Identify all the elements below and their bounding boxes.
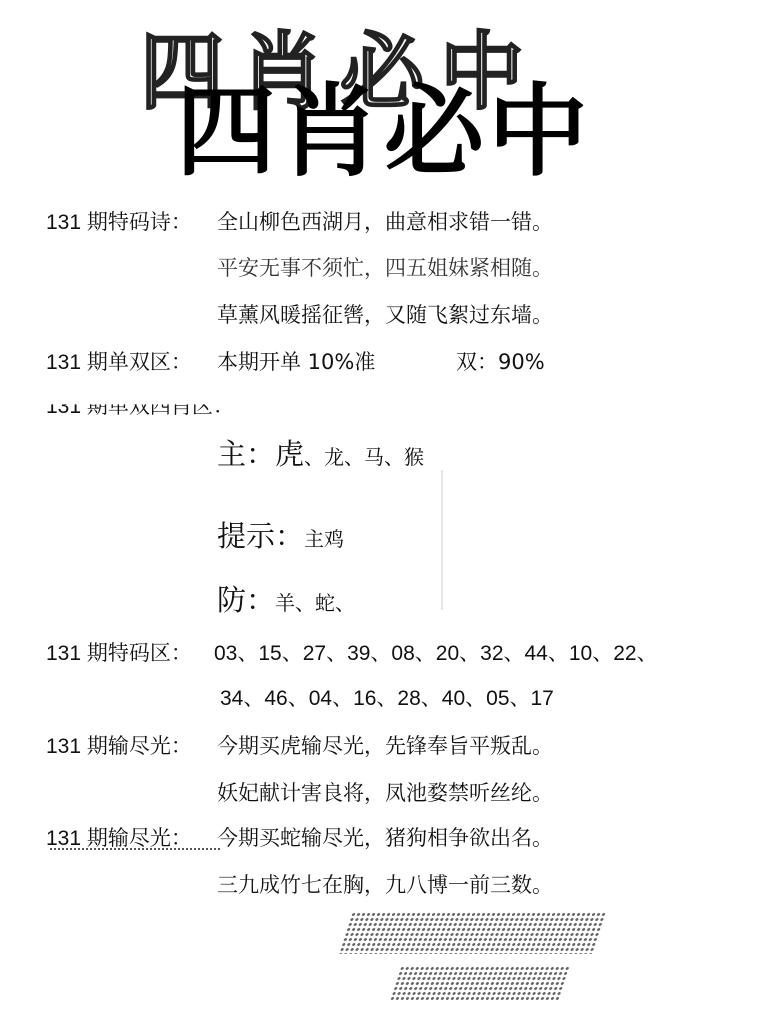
page-title: 四肖必中 四肖必中	[140, 30, 590, 180]
zodiac-hint-value: 主鸡	[304, 527, 344, 551]
title-main-text: 四肖必中	[176, 82, 592, 182]
lose-all-1-line-1: 今期买虎输尽光，先锋奉旨平叛乱。	[217, 736, 553, 757]
odd-even-label: 131 期单双区：	[46, 352, 192, 373]
poem-line-2: 平安无事不须忙，四五姐妹紧相随。	[217, 258, 553, 279]
dotted-underline	[50, 848, 220, 850]
poem-line-3: 草薰风暖摇征辔，又随飞絮过东墙。	[217, 305, 553, 326]
watermark-line-1	[338, 912, 607, 954]
special-numbers-line-1: 03、15、27、39、08、20、32、44、10、22、	[214, 643, 658, 664]
lose-all-1-line-2: 妖妃献计害良将，凤池婺禁听丝纶。	[217, 783, 553, 804]
zodiac-main-rest: 、龙、马、猴	[304, 445, 424, 469]
scan-artifact	[441, 470, 443, 610]
lose-all-2-label: 131 期输尽光：	[46, 828, 192, 849]
watermark-line-2	[389, 966, 570, 1000]
odd-even-text: 本期开单 10%准	[217, 352, 375, 373]
zodiac-hint-label: 提示：	[217, 519, 304, 553]
lose-all-1-label: 131 期输尽光：	[46, 736, 192, 757]
zodiac-main-label: 主：	[217, 437, 275, 471]
poem-line-1: 全山柳色西湖月，曲意相求错一错。	[217, 212, 553, 233]
odd-even-even-value: 双：90%	[456, 352, 545, 373]
special-numbers-label: 131 期特码区：	[46, 643, 192, 664]
zodiac-guard-label: 防：	[217, 583, 275, 617]
lose-all-2-line-2: 三九成竹七在胸，九八博一前三数。	[217, 875, 553, 896]
zodiac-guard: 防：羊、蛇、	[217, 586, 355, 615]
zodiac-main: 主：虎、龙、马、猴	[217, 440, 424, 469]
special-numbers-line-2: 34、46、04、16、28、40、05、17	[220, 688, 554, 709]
poem-label: 131 期特码诗：	[46, 212, 192, 233]
zodiac-main-first: 虎	[275, 437, 304, 471]
zodiac-guard-value: 羊、蛇、	[275, 591, 355, 615]
lose-all-2-line-1: 今期买蛇输尽光，猪狗相争欲出名。	[217, 828, 553, 849]
zodiac-label: 131 期单双四肖区：	[46, 396, 234, 417]
zodiac-hint: 提示：主鸡	[217, 522, 344, 551]
